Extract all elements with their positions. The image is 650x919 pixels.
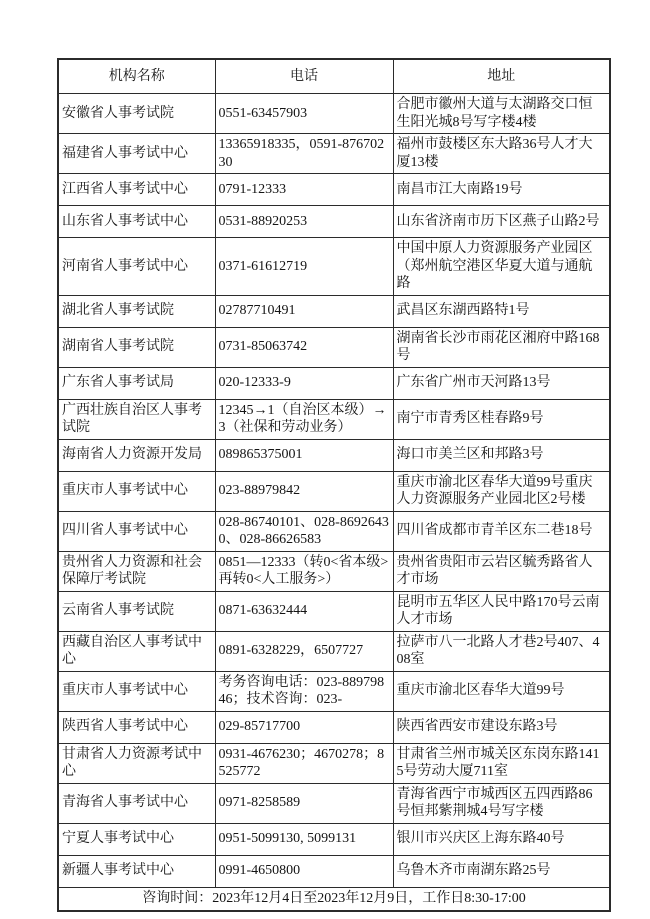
cell-phone: 023-88979842 [215,471,393,511]
cell-address: 昆明市五华区人民中路170号云南人才市场 [393,591,610,631]
cell-institution: 贵州省人力资源和社会保障厅考试院 [58,551,215,591]
table-row: 河南省人事考试中心 0371-61612719 中国中原人力资源服务产业园区（郑… [58,238,610,296]
cell-address: 甘肃省兰州市城关区东岗东路1415号劳动大厦711室 [393,743,610,783]
cell-institution: 重庆市人事考试中心 [58,671,215,711]
cell-institution: 安徽省人事考试院 [58,94,215,134]
col-header-institution: 机构名称 [58,59,215,94]
cell-phone: 0871-63632444 [215,591,393,631]
cell-address: 南昌市江大南路19号 [393,174,610,206]
cell-institution: 广西壮族自治区人事考试院 [58,399,215,439]
cell-institution: 宁夏人事考试中心 [58,823,215,855]
table-row: 海南省人力资源开发局 089865375001 海口市美兰区和邦路3号 [58,439,610,471]
cell-phone: 0731-85063742 [215,327,393,367]
table-row: 陕西省人事考试中心 029-85717700 陕西省西安市建设东路3号 [58,711,610,743]
col-header-phone: 电话 [215,59,393,94]
cell-phone: 02787710491 [215,295,393,327]
table-row: 新疆人事考试中心 0991-4650800 乌鲁木齐市南湖东路25号 [58,855,610,887]
table-row: 广西壮族自治区人事考试院 12345→1（自治区本级）→3（社保和劳动业务） 南… [58,399,610,439]
cell-institution: 福建省人事考试中心 [58,134,215,174]
cell-address: 广东省广州市天河路13号 [393,367,610,399]
footer-row: 咨询时间：2023年12月4日至2023年12月9日，工作日8:30-17:00 [58,887,610,911]
cell-phone: 0551-63457903 [215,94,393,134]
table-row: 青海省人事考试中心 0971-8258589 青海省西宁市城西区五四西路86号恒… [58,783,610,823]
cell-address: 重庆市渝北区春华大道99号重庆人力资源服务产业园北区2号楼 [393,471,610,511]
cell-institution: 湖北省人事考试院 [58,295,215,327]
cell-institution: 重庆市人事考试中心 [58,471,215,511]
cell-phone: 0951-5099130, 5099131 [215,823,393,855]
cell-address: 陕西省西安市建设东路3号 [393,711,610,743]
cell-phone: 028-86740101、028-86926430、028-86626583 [215,511,393,551]
cell-phone: 0971-8258589 [215,783,393,823]
table-row: 贵州省人力资源和社会保障厅考试院 0851—12333（转0<省本级>再转0<人… [58,551,610,591]
cell-phone: 0891-6328229，6507727 [215,631,393,671]
cell-address: 海口市美兰区和邦路3号 [393,439,610,471]
cell-address: 南宁市青秀区桂春路9号 [393,399,610,439]
cell-phone: 020-12333-9 [215,367,393,399]
cell-phone: 12345→1（自治区本级）→3（社保和劳动业务） [215,399,393,439]
cell-phone: 0531-88920253 [215,206,393,238]
cell-address: 贵州省贵阳市云岩区毓秀路省人才市场 [393,551,610,591]
header-row: 机构名称 电话 地址 [58,59,610,94]
cell-address: 乌鲁木齐市南湖东路25号 [393,855,610,887]
col-header-address: 地址 [393,59,610,94]
cell-institution: 湖南省人事考试院 [58,327,215,367]
table-row: 云南省人事考试院 0871-63632444 昆明市五华区人民中路170号云南人… [58,591,610,631]
cell-address: 武昌区东湖西路特1号 [393,295,610,327]
cell-phone: 0791-12333 [215,174,393,206]
cell-institution: 山东省人事考试中心 [58,206,215,238]
table-row: 安徽省人事考试院 0551-63457903 合肥市徽州大道与太湖路交口恒生阳光… [58,94,610,134]
cell-phone: 考务咨询电话：023-88979846；技术咨询：023- [215,671,393,711]
cell-address: 拉萨市八一北路人才巷2号407、408室 [393,631,610,671]
table-row: 湖北省人事考试院 02787710491 武昌区东湖西路特1号 [58,295,610,327]
table-row: 湖南省人事考试院 0731-85063742 湖南省长沙市雨花区湘府中路168号 [58,327,610,367]
cell-address: 福州市鼓楼区东大路36号人才大厦13楼 [393,134,610,174]
cell-address: 重庆市渝北区春华大道99号 [393,671,610,711]
page: { "table": { "headers": { "institution":… [0,0,650,919]
cell-institution: 陕西省人事考试中心 [58,711,215,743]
cell-address: 山东省济南市历下区燕子山路2号 [393,206,610,238]
table-row: 西藏自治区人事考试中心 0891-6328229，6507727 拉萨市八一北路… [58,631,610,671]
cell-institution: 海南省人力资源开发局 [58,439,215,471]
cell-phone: 029-85717700 [215,711,393,743]
cell-institution: 新疆人事考试中心 [58,855,215,887]
footer-note: 咨询时间：2023年12月4日至2023年12月9日，工作日8:30-17:00 [58,887,610,911]
cell-institution: 广东省人事考试局 [58,367,215,399]
cell-phone: 13365918335，0591-87670230 [215,134,393,174]
cell-address: 湖南省长沙市雨花区湘府中路168号 [393,327,610,367]
cell-phone: 0371-61612719 [215,238,393,296]
cell-institution: 江西省人事考试中心 [58,174,215,206]
cell-address: 四川省成都市青羊区东二巷18号 [393,511,610,551]
table-row: 四川省人事考试中心 028-86740101、028-86926430、028-… [58,511,610,551]
table-row: 山东省人事考试中心 0531-88920253 山东省济南市历下区燕子山路2号 [58,206,610,238]
contact-table: 机构名称 电话 地址 安徽省人事考试院 0551-63457903 合肥市徽州大… [57,58,611,912]
cell-institution: 青海省人事考试中心 [58,783,215,823]
cell-institution: 甘肃省人力资源考试中心 [58,743,215,783]
table-row: 甘肃省人力资源考试中心 0931-4676230；4670278；8525772… [58,743,610,783]
cell-address: 银川市兴庆区上海东路40号 [393,823,610,855]
cell-phone: 0991-4650800 [215,855,393,887]
cell-address: 中国中原人力资源服务产业园区（郑州航空港区华夏大道与通航路 [393,238,610,296]
table-row: 宁夏人事考试中心 0951-5099130, 5099131 银川市兴庆区上海东… [58,823,610,855]
cell-institution: 云南省人事考试院 [58,591,215,631]
cell-address: 合肥市徽州大道与太湖路交口恒生阳光城8号写字楼4楼 [393,94,610,134]
table-row: 广东省人事考试局 020-12333-9 广东省广州市天河路13号 [58,367,610,399]
cell-institution: 河南省人事考试中心 [58,238,215,296]
cell-institution: 四川省人事考试中心 [58,511,215,551]
cell-institution: 西藏自治区人事考试中心 [58,631,215,671]
cell-phone: 089865375001 [215,439,393,471]
cell-phone: 0931-4676230；4670278；8525772 [215,743,393,783]
table-row: 重庆市人事考试中心 考务咨询电话：023-88979846；技术咨询：023- … [58,671,610,711]
table-row: 重庆市人事考试中心 023-88979842 重庆市渝北区春华大道99号重庆人力… [58,471,610,511]
table-row: 江西省人事考试中心 0791-12333 南昌市江大南路19号 [58,174,610,206]
cell-address: 青海省西宁市城西区五四西路86号恒邦紫荆城4号写字楼 [393,783,610,823]
cell-phone: 0851—12333（转0<省本级>再转0<人工服务>） [215,551,393,591]
table-row: 福建省人事考试中心 13365918335，0591-87670230 福州市鼓… [58,134,610,174]
